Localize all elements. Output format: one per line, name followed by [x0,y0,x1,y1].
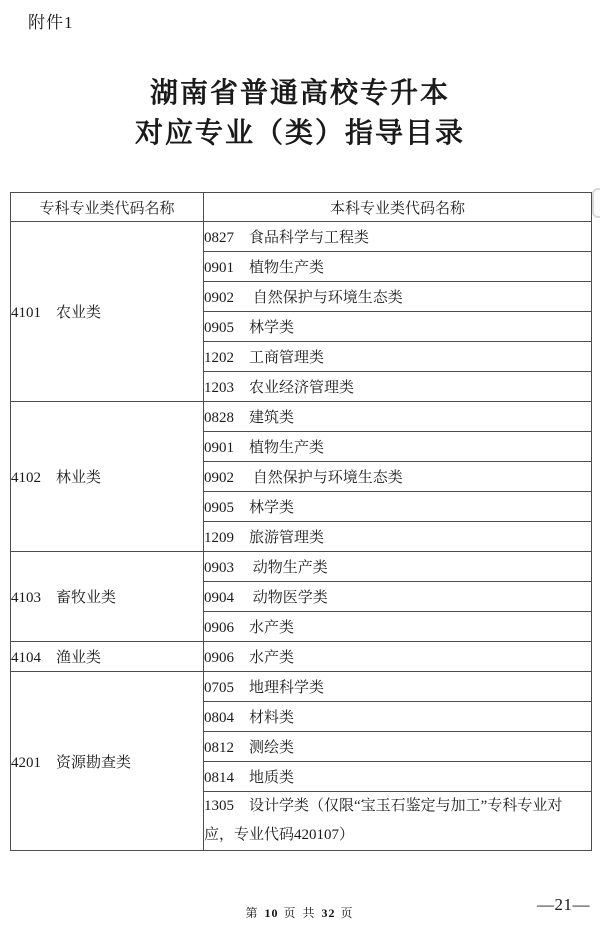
benke-cell: 1209 旅游管理类 [204,522,592,552]
footer-label: 第 [245,906,259,920]
benke-cell: 0906 水产类 [204,642,592,672]
zhuanke-cell: 4101 农业类 [11,222,204,402]
zhuanke-cell: 4104 渔业类 [11,642,204,672]
benke-cell: 0901 植物生产类 [204,432,592,462]
table-row: 4101 农业类 0827 食品科学与工程类 [11,222,592,252]
footer-current-page: 10 [264,906,278,920]
catalog-table: 专科专业类代码名称 本科专业类代码名称 4101 农业类 0827 食品科学与工… [10,192,592,851]
footer-page-info: 第 10 页 共 32 页 [0,904,600,921]
table-row: 4104 渔业类 0906 水产类 [11,642,592,672]
benke-cell: 0905 林学类 [204,312,592,342]
benke-cell: 0902 自然保护与环境生态类 [204,282,592,312]
title-line-2: 对应专业（类）指导目录 [0,114,600,154]
benke-cell: 0828 建筑类 [204,402,592,432]
benke-cell: 0904 动物医学类 [204,582,592,612]
zhuanke-cell: 4201 资源勘查类 [11,672,204,851]
header-zhuanke: 专科专业类代码名称 [11,193,204,222]
benke-cell: 0905 林学类 [204,492,592,522]
benke-cell: 0804 材料类 [204,702,592,732]
table-header-row: 专科专业类代码名称 本科专业类代码名称 [11,193,592,222]
benke-cell: 0902 自然保护与环境生态类 [204,462,592,492]
benke-cell: 1305 设计学类（仅限“宝玉石鉴定与加工”专科专业对应，专业代码420107） [204,792,592,851]
benke-cell: 1202 工商管理类 [204,342,592,372]
benke-cell: 0705 地理科学类 [204,672,592,702]
table-row: 4103 畜牧业类 0903 动物生产类 [11,552,592,582]
document-page-number: —21— [537,895,590,915]
benke-cell: 0903 动物生产类 [204,552,592,582]
benke-cell: 0827 食品科学与工程类 [204,222,592,252]
benke-cell: 1203 农业经济管理类 [204,372,592,402]
document-title: 湖南省普通高校专升本 对应专业（类）指导目录 [0,74,600,154]
zhuanke-cell: 4103 畜牧业类 [11,552,204,642]
footer-label: 页 [341,906,355,920]
footer-label: 页 [283,906,297,920]
title-line-1: 湖南省普通高校专升本 [0,74,600,114]
benke-cell: 0814 地质类 [204,762,592,792]
table-row: 4201 资源勘查类 0705 地理科学类 [11,672,592,702]
benke-cell: 0901 植物生产类 [204,252,592,282]
table-row: 4102 林业类 0828 建筑类 [11,402,592,432]
footer-label: 共 [303,906,317,920]
header-benke: 本科专业类代码名称 [204,193,592,222]
zhuanke-cell: 4102 林业类 [11,402,204,552]
scrollbar-thumb[interactable] [592,188,600,218]
attachment-label: 附件1 [28,8,74,33]
benke-cell: 0906 水产类 [204,612,592,642]
benke-cell: 0812 测绘类 [204,732,592,762]
footer-total-pages: 32 [322,906,336,920]
